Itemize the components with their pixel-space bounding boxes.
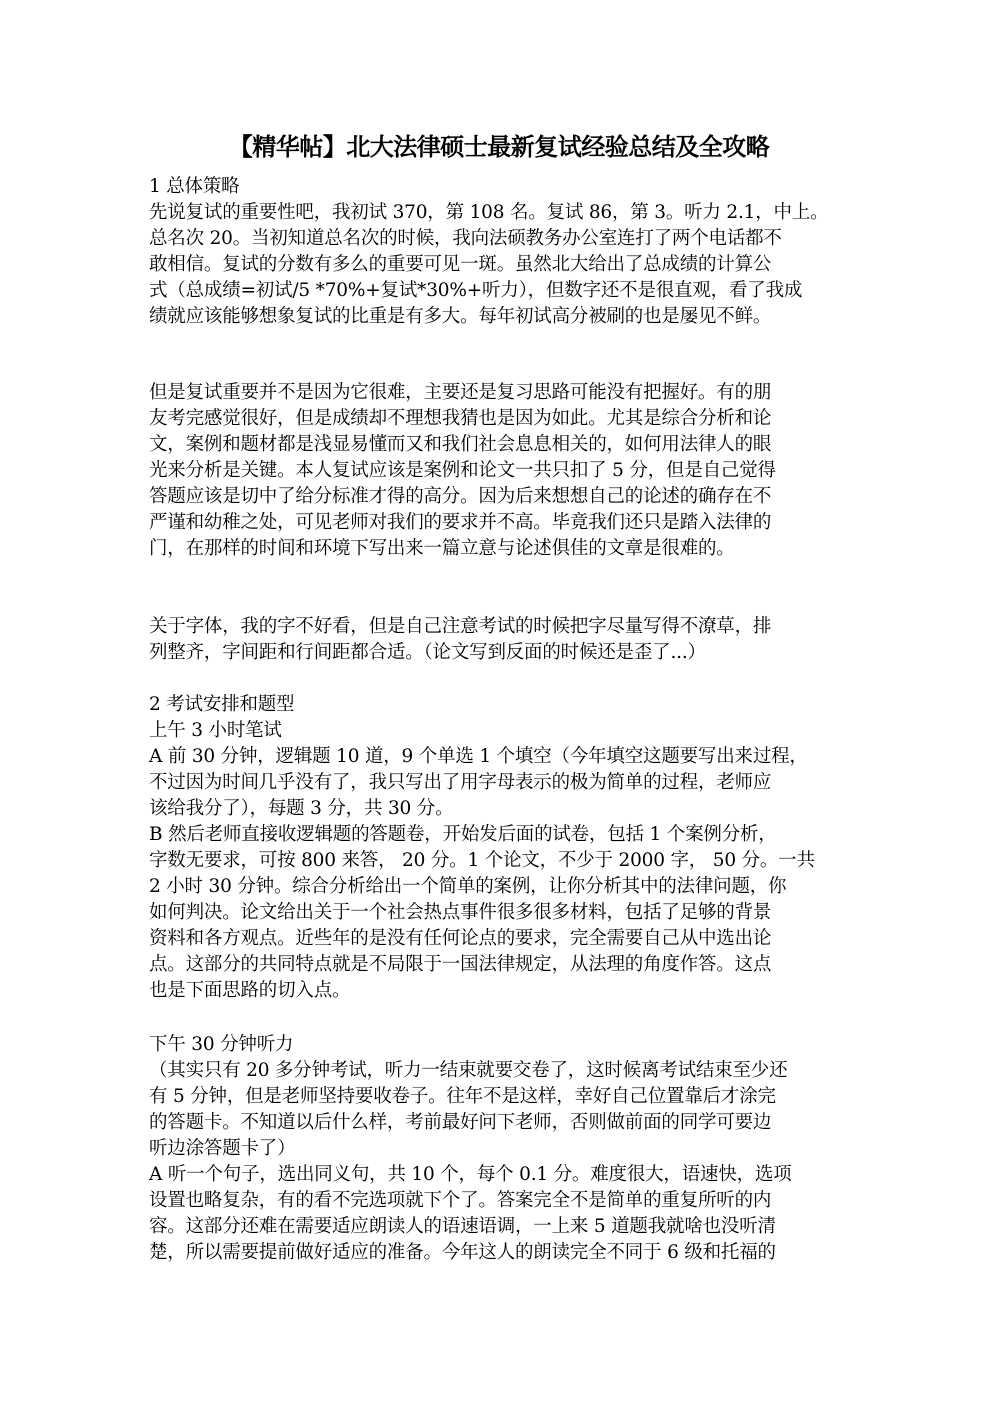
text-line: 上午 3 小时笔试 [149,718,282,744]
text-line: 如何判决。论文给出关于一个社会热点事件很多很多材料，包括了足够的背景 [149,900,771,926]
text-line: 总名次 20。当初知道总名次的时候，我向法硕教务办公室连打了两个电话都不 [149,226,782,252]
text-line: 该给我分了），每题 3 分，共 30 分。 [149,796,453,822]
text-line: 敢相信。复试的分数有多么的重要可见一斑。虽然北大给出了总成绩的计算公 [149,252,771,278]
text-line: 列整齐，字间距和行间距都合适。（论文写到反面的时候还是歪了...） [149,640,706,666]
text-line: 关于字体，我的字不好看，但是自己注意考试的时候把字尽量写得不潦草，排 [149,614,771,640]
text-line: 有 5 分钟，但是老师坚持要收卷子。往年不是这样，幸好自己位置靠后才涂完 [149,1084,776,1110]
text-line: 设置也略复杂，有的看不完选项就下个了。答案完全不是简单的重复所听的内 [149,1188,771,1214]
text-line: 但是复试重要并不是因为它很难，主要还是复习思路可能没有把握好。有的朋 [149,380,771,406]
text-line: 严谨和幼稚之处，可见老师对我们的要求并不高。毕竟我们还只是踏入法律的 [149,510,771,536]
text-line: 资料和各方观点。近些年的是没有任何论点的要求，完全需要自己从中选出论 [149,926,771,952]
text-line: 容。这部分还难在需要适应朗读人的语速语调，一上来 5 道题我就啥也没听清 [149,1214,776,1240]
text-line: 文，案例和题材都是浅显易懂而又和我们社会息息相关的，如何用法律人的眼 [149,432,771,458]
text-line: 光来分析是关键。本人复试应该是案例和论文一共只扣了 5 分，但是自己觉得 [149,458,776,484]
text-line: 字数无要求，可按 800 来答， 20 分。1 个论文，不少于 2000 字， … [149,848,815,874]
text-line: 的答题卡。不知道以后什么样，考前最好问下老师，否则做前面的同学可要边 [149,1110,771,1136]
text-line: 式（总成绩=初试/5 *70%+复试*30%+听力），但数字还不是很直观，看了我… [149,278,802,304]
text-line: A 听一个句子，选出同义句，共 10 个，每个 0.1 分。难度很大，语速快，选… [149,1162,792,1188]
text-line: 点。这部分的共同特点就是不局限于一国法律规定，从法理的角度作答。这点 [149,952,771,978]
text-line: B 然后老师直接收逻辑题的答题卷，开始发后面的试卷，包括 1 个案例分析， [149,822,777,848]
text-line: （其实只有 20 多分钟考试，听力一结束就要交卷了，这时候离考试结束至少还 [149,1058,787,1084]
text-line: 绩就应该能够想象复试的比重是有多大。每年初试高分被刷的也是屡见不鲜。 [149,304,771,330]
text-line: 门，在那样的时间和环境下写出来一篇立意与论述俱佳的文章是很难的。 [149,536,735,562]
text-line: 友考完感觉很好，但是成绩却不理想我猜也是因为如此。尤其是综合分析和论 [149,406,771,432]
text-line: 不过因为时间几乎没有了，我只写出了用字母表示的极为简单的过程，老师应 [149,770,771,796]
text-line: 先说复试的重要性吧，我初试 370，第 108 名。复试 86，第 3。听力 2… [149,200,828,226]
text-line: 也是下面思路的切入点。 [149,978,350,1004]
text-line: 1 总体策略 [149,174,239,200]
text-line: 听边涂答题卡了） [149,1136,295,1162]
text-line: 2 小时 30 分钟。综合分析给出一个简单的案例，让你分析其中的法律问题，你 [149,874,786,900]
text-line: A 前 30 分钟，逻辑题 10 道，9 个单选 1 个填空（今年填空这题要写出… [149,744,808,770]
text-line: 下午 30 分钟听力 [149,1032,293,1058]
text-line: 答题应该是切中了给分标准才得的高分。因为后来想想自己的论述的确存在不 [149,484,771,510]
text-line: 楚，所以需要提前做好适应的准备。今年这人的朗读完全不同于 6 级和托福的 [149,1240,776,1266]
document-title: 【精华帖】北大法律硕士最新复试经验总结及全攻略 [149,132,849,162]
text-line: 2 考试安排和题型 [149,692,294,718]
